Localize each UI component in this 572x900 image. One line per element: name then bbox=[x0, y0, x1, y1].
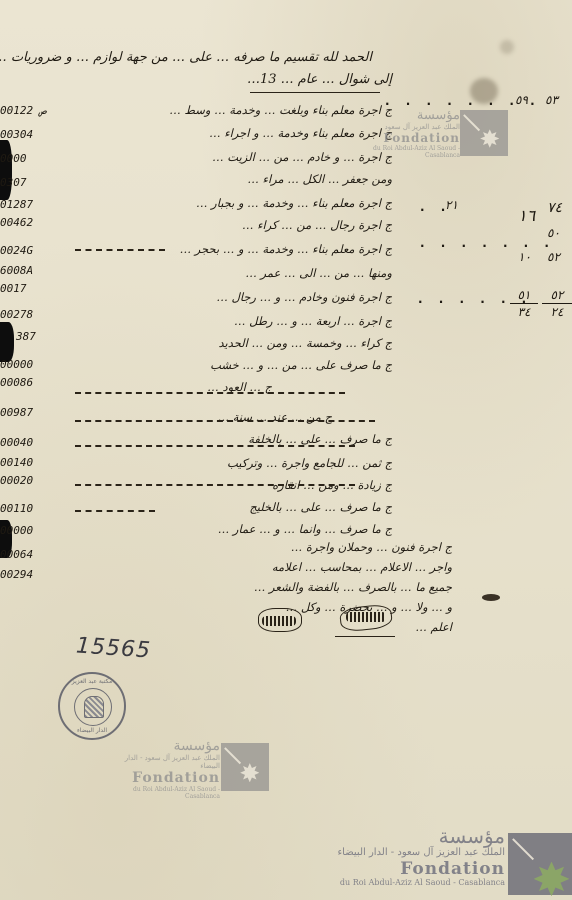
fraction: ٥٢ ٢٤ bbox=[542, 288, 572, 319]
ledger-number: 00000 bbox=[0, 358, 66, 371]
ledger-number: 6008A bbox=[0, 264, 66, 277]
amount: ٥٢ bbox=[547, 250, 560, 264]
watermark-middle: مؤسسة الملك عبد العزيز آل سعود - الدار ا… bbox=[112, 738, 220, 800]
dot-leader: . . . . . . . bbox=[420, 236, 555, 250]
dash-leader bbox=[75, 392, 345, 394]
dash-leader bbox=[75, 445, 355, 447]
ledger-number: 00110 bbox=[0, 502, 66, 515]
amount: ١٠ bbox=[518, 250, 531, 264]
signature-scribble bbox=[346, 612, 386, 622]
ledger-number: 01287 bbox=[0, 198, 66, 211]
watermark-arabic-subtitle: الملك عبد العزيز آل سعود - الدار البيضاء bbox=[300, 846, 505, 860]
ledger-entry: جميع ما … بالصرف … بالفضة والشعر … bbox=[254, 580, 452, 594]
ledger-number: 0307 bbox=[0, 176, 66, 189]
ledger-number: 00140 bbox=[0, 456, 66, 469]
dash-leader bbox=[75, 249, 165, 251]
watermark-french-subtitle: du Roi Abdul-Aziz Al Saoud - Casablanca bbox=[112, 786, 220, 800]
amount: ٥٩ bbox=[515, 93, 528, 107]
dash-leader bbox=[75, 484, 355, 486]
ledger-number: 00122 ص bbox=[0, 104, 66, 117]
fraction-numerator: ٥١ bbox=[510, 288, 538, 302]
fraction-numerator: ٥٢ bbox=[542, 288, 572, 302]
amount: ٢١ bbox=[445, 198, 458, 212]
ledger-number: 387 bbox=[16, 330, 82, 343]
ledger-number: 00086 bbox=[0, 376, 66, 389]
ledger-number: 00294 bbox=[0, 568, 66, 581]
ledger-entry: ومن جعفر … الكل … مراء … bbox=[247, 172, 392, 186]
ledger-number: 0024G bbox=[0, 244, 66, 257]
ledger-entry: ج اجرة فنون وخادم … و … رجال … bbox=[216, 290, 392, 304]
amount: ٧٤ bbox=[547, 200, 562, 216]
watermark-french-subtitle: du Roi Abdul-Aziz Al Saoud - Casablanca bbox=[300, 878, 505, 888]
ledger-number: 00000 bbox=[0, 524, 66, 537]
watermark-french-title: Fondation bbox=[352, 131, 460, 145]
ledger-number: 00304 bbox=[0, 128, 66, 141]
ledger-number: 00064 bbox=[0, 548, 66, 561]
watermark-arabic-title: مؤسسة bbox=[300, 826, 505, 846]
watermark-top-right: مؤسسة الملك عبد العزيز آل سعود Fondation… bbox=[352, 108, 460, 159]
header-line-1: الحمد لله تقسيم ما صرفه … على … من جهة ل… bbox=[0, 50, 372, 65]
watermark-logo-icon bbox=[221, 743, 269, 791]
ledger-number: 00040 bbox=[0, 436, 66, 449]
ledger-entry: واجر … الاعلام … بمحاسب … اعلامه bbox=[272, 560, 452, 574]
watermark-arabic-title: مؤسسة bbox=[352, 108, 460, 123]
watermark-arabic-subtitle: الملك عبد العزيز آل سعود - الدار البيضاء bbox=[112, 754, 220, 770]
watermark-arabic-title: مؤسسة bbox=[112, 738, 220, 754]
ledger-entry: ج ثمن … للجامع واجرة … وتركيب bbox=[227, 456, 392, 470]
fraction-denominator: ٢٤ bbox=[542, 305, 572, 319]
fraction: ٥١ ٣٤ bbox=[510, 288, 538, 319]
ledger-entry: ج ما صرف … على … بالخلفة bbox=[248, 432, 392, 446]
ledger-entry: ومنها … من … الى … عمر … bbox=[245, 266, 392, 280]
ledger-number: 00278 bbox=[0, 308, 66, 321]
ledger-entry: ج ما صرف على … من … و … خشب bbox=[210, 358, 392, 372]
torn-edge bbox=[0, 322, 14, 362]
amount: ١٦ bbox=[518, 206, 535, 225]
ledger-entry: ج اجرة معلم بناء … وخدمة … و بجبار … bbox=[196, 196, 392, 210]
watermark-french-title: Fondation bbox=[112, 770, 220, 786]
fraction-denominator: ٣٤ bbox=[510, 305, 538, 319]
ledger-entry: ج اجرة … اربعة … و … رطل … bbox=[234, 314, 392, 328]
ledger-number: 00020 bbox=[0, 474, 66, 487]
header-underline bbox=[250, 92, 380, 93]
watermark-logo-icon bbox=[460, 110, 508, 156]
header-line-2: إلى شوال … عام … 13… bbox=[247, 72, 392, 87]
ledger-number: 00462 bbox=[0, 216, 66, 229]
ink-blot bbox=[482, 594, 500, 601]
dash-leader bbox=[75, 420, 375, 422]
stamp-ring-top-text: مكتبة عبد العزيز bbox=[60, 678, 124, 685]
dash-leader bbox=[75, 510, 155, 512]
catalog-number: 15565 bbox=[75, 633, 152, 663]
watermark-french-title: Fondation bbox=[300, 860, 505, 878]
watermark-arabic-subtitle: الملك عبد العزيز آل سعود bbox=[352, 123, 460, 131]
ledger-entry: ج ما صرف … وانما … و … عمار … bbox=[218, 522, 392, 536]
manuscript-page: الحمد لله تقسيم ما صرفه … على … من جهة ل… bbox=[0, 0, 572, 900]
signature-scribble bbox=[262, 616, 296, 626]
ink-stain bbox=[500, 40, 514, 54]
ledger-entry: ج اجرة معلم بناء … وخدمة … و … بحجر … bbox=[180, 242, 392, 256]
ledger-number: 0000 bbox=[0, 152, 66, 165]
ledger-number: 00987 bbox=[0, 406, 66, 419]
ledger-entry: ج اجرة فنون … وحملان واجرة … bbox=[291, 540, 452, 554]
watermark-bottom-right: مؤسسة الملك عبد العزيز آل سعود - الدار ا… bbox=[300, 826, 505, 888]
ledger-entry: ج كراء … وخمسة … ومن … الحديد bbox=[218, 336, 392, 350]
watermark-logo-icon bbox=[508, 833, 572, 895]
amount: ٥٣ bbox=[545, 93, 558, 107]
torn-edge bbox=[0, 140, 12, 200]
ledger-entry: اعلم … bbox=[415, 620, 452, 634]
watermark-french-subtitle: du Roi Abdul-Aziz Al Saoud - Casablanca bbox=[352, 145, 460, 159]
ledger-entry: ج ما صرف … على … بالخليج bbox=[249, 500, 392, 514]
signature-underline bbox=[335, 636, 395, 637]
stamp-ring-bottom-text: الدار البيضاء bbox=[60, 727, 124, 734]
ledger-number: 0017 bbox=[0, 282, 66, 295]
stamp-emblem-icon bbox=[84, 696, 104, 718]
ledger-entry: ج اجرة رجال … من … كراء … bbox=[242, 218, 392, 232]
library-stamp: مكتبة عبد العزيز الدار البيضاء bbox=[58, 672, 126, 740]
